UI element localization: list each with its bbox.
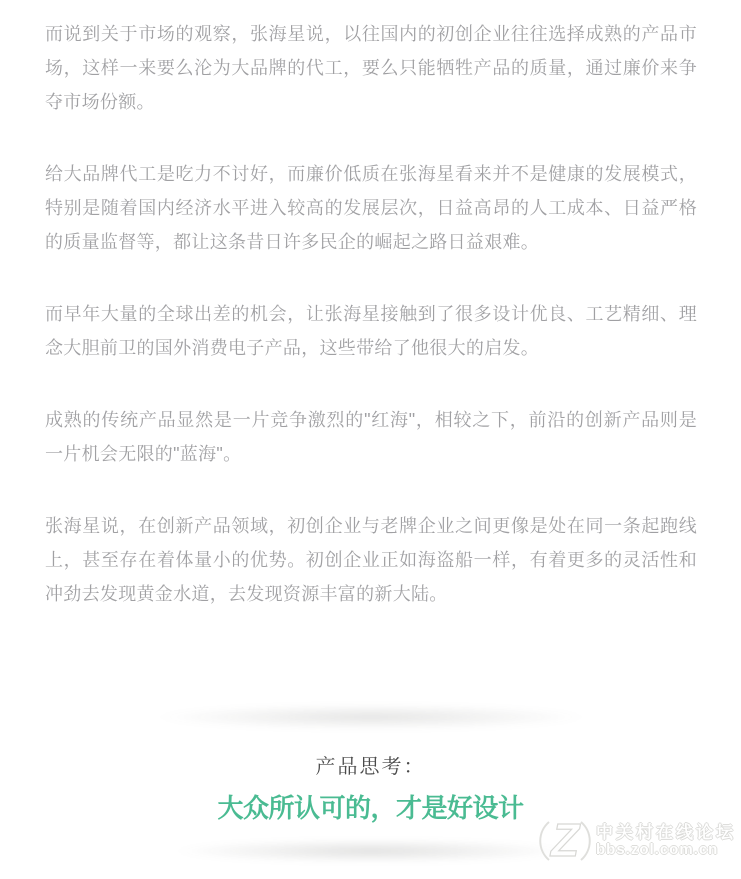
paragraph: 给大品牌代工是吃力不讨好，而廉价低质在张海星看来并不是健康的发展模式，特别是随着…: [45, 157, 697, 259]
paragraph: 张海星说，在创新产品领域，初创企业与老牌企业之间更像是处在同一条起跑线上，甚至存…: [45, 509, 697, 611]
section-divider-shadow: [0, 838, 741, 864]
article-body: 而说到关于市场的观察，张海星说，以往国内的初创企业往往选择成熟的产品市场，这样一…: [0, 0, 741, 704]
section-divider-shadow: [0, 704, 741, 730]
product-thought-section: 产品思考： 大众所认可的，才是好设计: [0, 730, 741, 838]
section-title: 大众所认可的，才是好设计: [0, 792, 741, 824]
paragraph: 而说到关于市场的观察，张海星说，以往国内的初创企业往往选择成熟的产品市场，这样一…: [45, 17, 697, 119]
section-kicker: 产品思考：: [0, 754, 741, 780]
paragraph: 成熟的传统产品显然是一片竞争激烈的"红海"，相较之下，前沿的创新产品则是一片机会…: [45, 403, 697, 471]
article-page: 而说到关于市场的观察，张海星说，以往国内的初创企业往往选择成熟的产品市场，这样一…: [0, 0, 741, 879]
paragraph: 而早年大量的全球出差的机会，让张海星接触到了很多设计优良、工艺精细、理念大胆前卫…: [45, 297, 697, 365]
